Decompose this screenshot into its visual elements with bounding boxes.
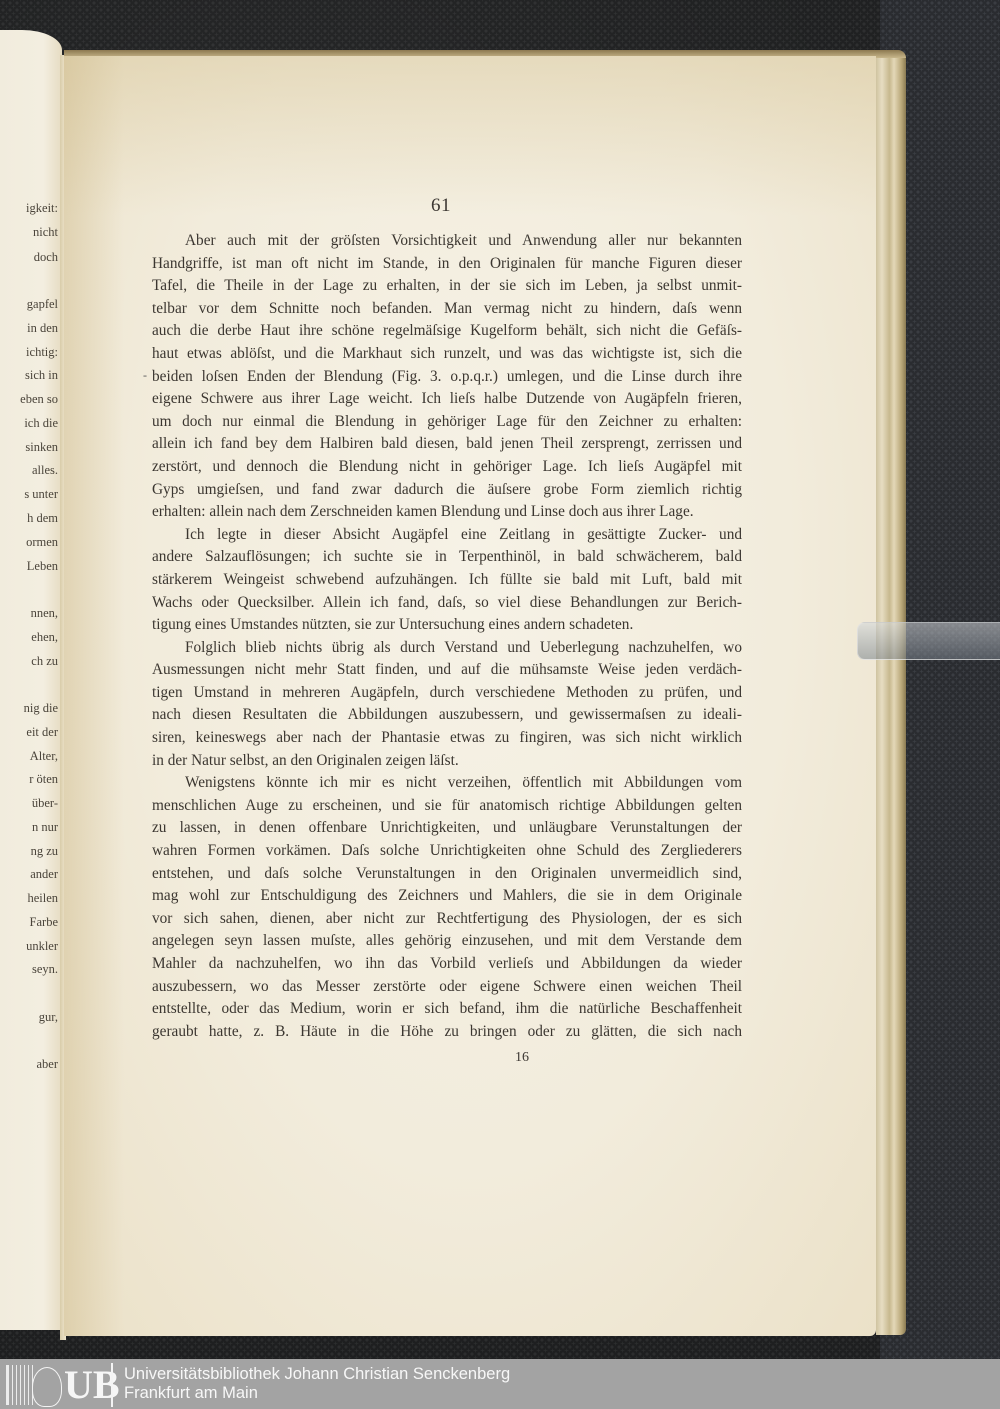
left-page-text-fragment: ich die	[24, 416, 58, 431]
text-line: zu lassen, in denen offenbare Unrichtigk…	[152, 817, 742, 840]
text-line: nach diesen Resultaten die Abbildungen a…	[152, 704, 742, 727]
left-page-text-fragment: ichtig:	[26, 345, 58, 360]
text-line: erhalten: allein nach dem Zerschneiden k…	[152, 501, 742, 524]
text-line: menschlichen Auge zu erscheinen, und sie…	[152, 795, 742, 818]
glass-page-weight	[857, 622, 1000, 660]
text-line: auch die derbe Haut ihre schöne regelmäſ…	[152, 320, 742, 343]
left-page-text-fragment: in den	[27, 321, 58, 336]
left-page-text-fragment: sich in	[25, 368, 58, 383]
left-page-text-fragment: sinken	[25, 440, 58, 455]
left-page-text-fragment: ander	[30, 867, 58, 882]
left-page-text-fragment: über-	[32, 796, 58, 811]
footer-line-2: Frankfurt am Main	[124, 1384, 510, 1403]
signature-mark: 16	[515, 1050, 529, 1066]
text-line: Tafel, die Theile in der Lage zu erhalte…	[152, 275, 742, 298]
left-page-text-fragment: gur,	[39, 1010, 58, 1025]
text-line: auszubessern, wo das Messer zerstörte od…	[152, 976, 742, 999]
text-line: Wachs oder Quecksilber. Allein ich fand,…	[152, 592, 742, 615]
left-page-text-fragment: aber	[36, 1057, 58, 1072]
text-line: Folglich blieb nichts übrig als durch Ve…	[152, 637, 742, 660]
text-line: vor sich sahen, dienen, aber nicht zur R…	[152, 908, 742, 931]
left-page-text-fragment: unkler	[26, 939, 58, 954]
left-page-text-fragment: seyn.	[32, 962, 58, 977]
text-line: stärkerem Weingeist schwebend aufzuhänge…	[152, 569, 742, 592]
left-page-text-fragment: s unter	[24, 487, 58, 502]
left-page-text-fragment: Farbe	[30, 915, 58, 930]
text-line: zerstört, und dennoch die Blendung nicht…	[152, 456, 742, 479]
text-line: eigene Schwere aus ihrer Lage weicht. Ic…	[152, 388, 742, 411]
left-page-edge: igkeit:nichtdochgapfelin denichtig:sich …	[0, 30, 62, 1330]
text-line: Mahler da nachzuhelfen, wo ihn das Vorbi…	[152, 953, 742, 976]
left-page-text-fragment: ch zu	[31, 654, 58, 669]
left-page-text-fragment: h dem	[27, 511, 58, 526]
left-page-text-fragment: ng zu	[31, 844, 58, 859]
text-line: Aber auch mit der gröſsten Vorsichtigkei…	[152, 230, 742, 253]
left-page-text-fragment: ormen	[26, 535, 58, 550]
text-line: Handgriffe, ist man oft nicht im Stande,…	[152, 253, 742, 276]
left-page-text-fragment: heilen	[27, 891, 58, 906]
left-page-text-fragment: gapfel	[27, 297, 58, 312]
footer-banner: UB Universitätsbibliothek Johann Christi…	[0, 1359, 1000, 1409]
text-line: tigung eines Umstandes nützten, sie zur …	[152, 614, 742, 637]
page-stain	[64, 56, 124, 1336]
text-line: in der Natur selbst, an den Originalen z…	[152, 750, 742, 773]
left-page-text-fragment: ehen,	[31, 630, 58, 645]
page-stain	[64, 56, 876, 216]
library-logo[interactable]: UB	[4, 1361, 116, 1407]
text-line: wahren Formen vorkämen. Daſs solche Unri…	[152, 840, 742, 863]
left-page-text-fragment: Alter,	[30, 749, 58, 764]
left-page-text-fragment: eben so	[20, 392, 58, 407]
text-line: siren, keineswegs aber nach der Phantasi…	[152, 727, 742, 750]
text-line: Ich legte in dieser Absicht Augäpfel ein…	[152, 524, 742, 547]
text-line: um doch nur einmal die Blendung in gehör…	[152, 411, 742, 434]
left-page-text-fragment: eit der	[26, 725, 58, 740]
left-page-text-fragment: nnen,	[31, 606, 58, 621]
text-line: allein ich fand bey dem Halbiren bald di…	[152, 433, 742, 456]
left-page-text-fragment: n nur	[32, 820, 58, 835]
text-line: entstehen, und daſs solche Verunstaltung…	[152, 863, 742, 886]
page-fore-edge	[876, 50, 906, 1335]
text-line: beiden loſsen Enden der Blendung (Fig. 3…	[152, 366, 742, 389]
text-line: angelegen seyn lassen muſste, alles gehö…	[152, 930, 742, 953]
text-line: Ausmessungen nicht mehr Statt finden, un…	[152, 659, 742, 682]
footer-institution: Universitätsbibliothek Johann Christian …	[124, 1365, 510, 1403]
left-page-text-fragment: r öten	[29, 772, 58, 787]
text-line: geraubt hatte, z. B. Häute in die Höhe z…	[152, 1021, 742, 1044]
logo-divider	[111, 1363, 113, 1407]
margin-mark: -	[143, 368, 147, 383]
text-line: entstellte, oder das Medium, worin er si…	[152, 998, 742, 1021]
text-line: mag wohl zur Entschuldigung des Zeichner…	[152, 885, 742, 908]
page-number: 61	[431, 195, 451, 217]
text-line: Wenigstens könnte ich mir es nicht verze…	[152, 772, 742, 795]
text-line: Gyps umgieſsen, und fand zwar dadurch di…	[152, 479, 742, 502]
text-line: tigen Umstand in mehreren Augäpfeln, dur…	[152, 682, 742, 705]
footer-line-1: Universitätsbibliothek Johann Christian …	[124, 1365, 510, 1384]
left-page-text-fragment: doch	[34, 250, 58, 265]
left-page-text-fragment: alles.	[32, 463, 58, 478]
body-text: Aber auch mit der gröſsten Vorsichtigkei…	[152, 230, 742, 1043]
text-line: haut etwas ablöſst, und die Markhaut sic…	[152, 343, 742, 366]
left-page-text-fragment: nicht	[33, 225, 58, 240]
left-page-text-fragment: Leben	[27, 559, 58, 574]
text-line: telbar vor dem Schnitte noch befanden. M…	[152, 298, 742, 321]
left-page-text-fragment: nig die	[24, 701, 58, 716]
text-line: andere Salzauflösungen; ich suchte sie i…	[152, 546, 742, 569]
logo-portrait-icon	[32, 1367, 62, 1407]
left-page-text-fragment: igkeit:	[26, 201, 58, 216]
